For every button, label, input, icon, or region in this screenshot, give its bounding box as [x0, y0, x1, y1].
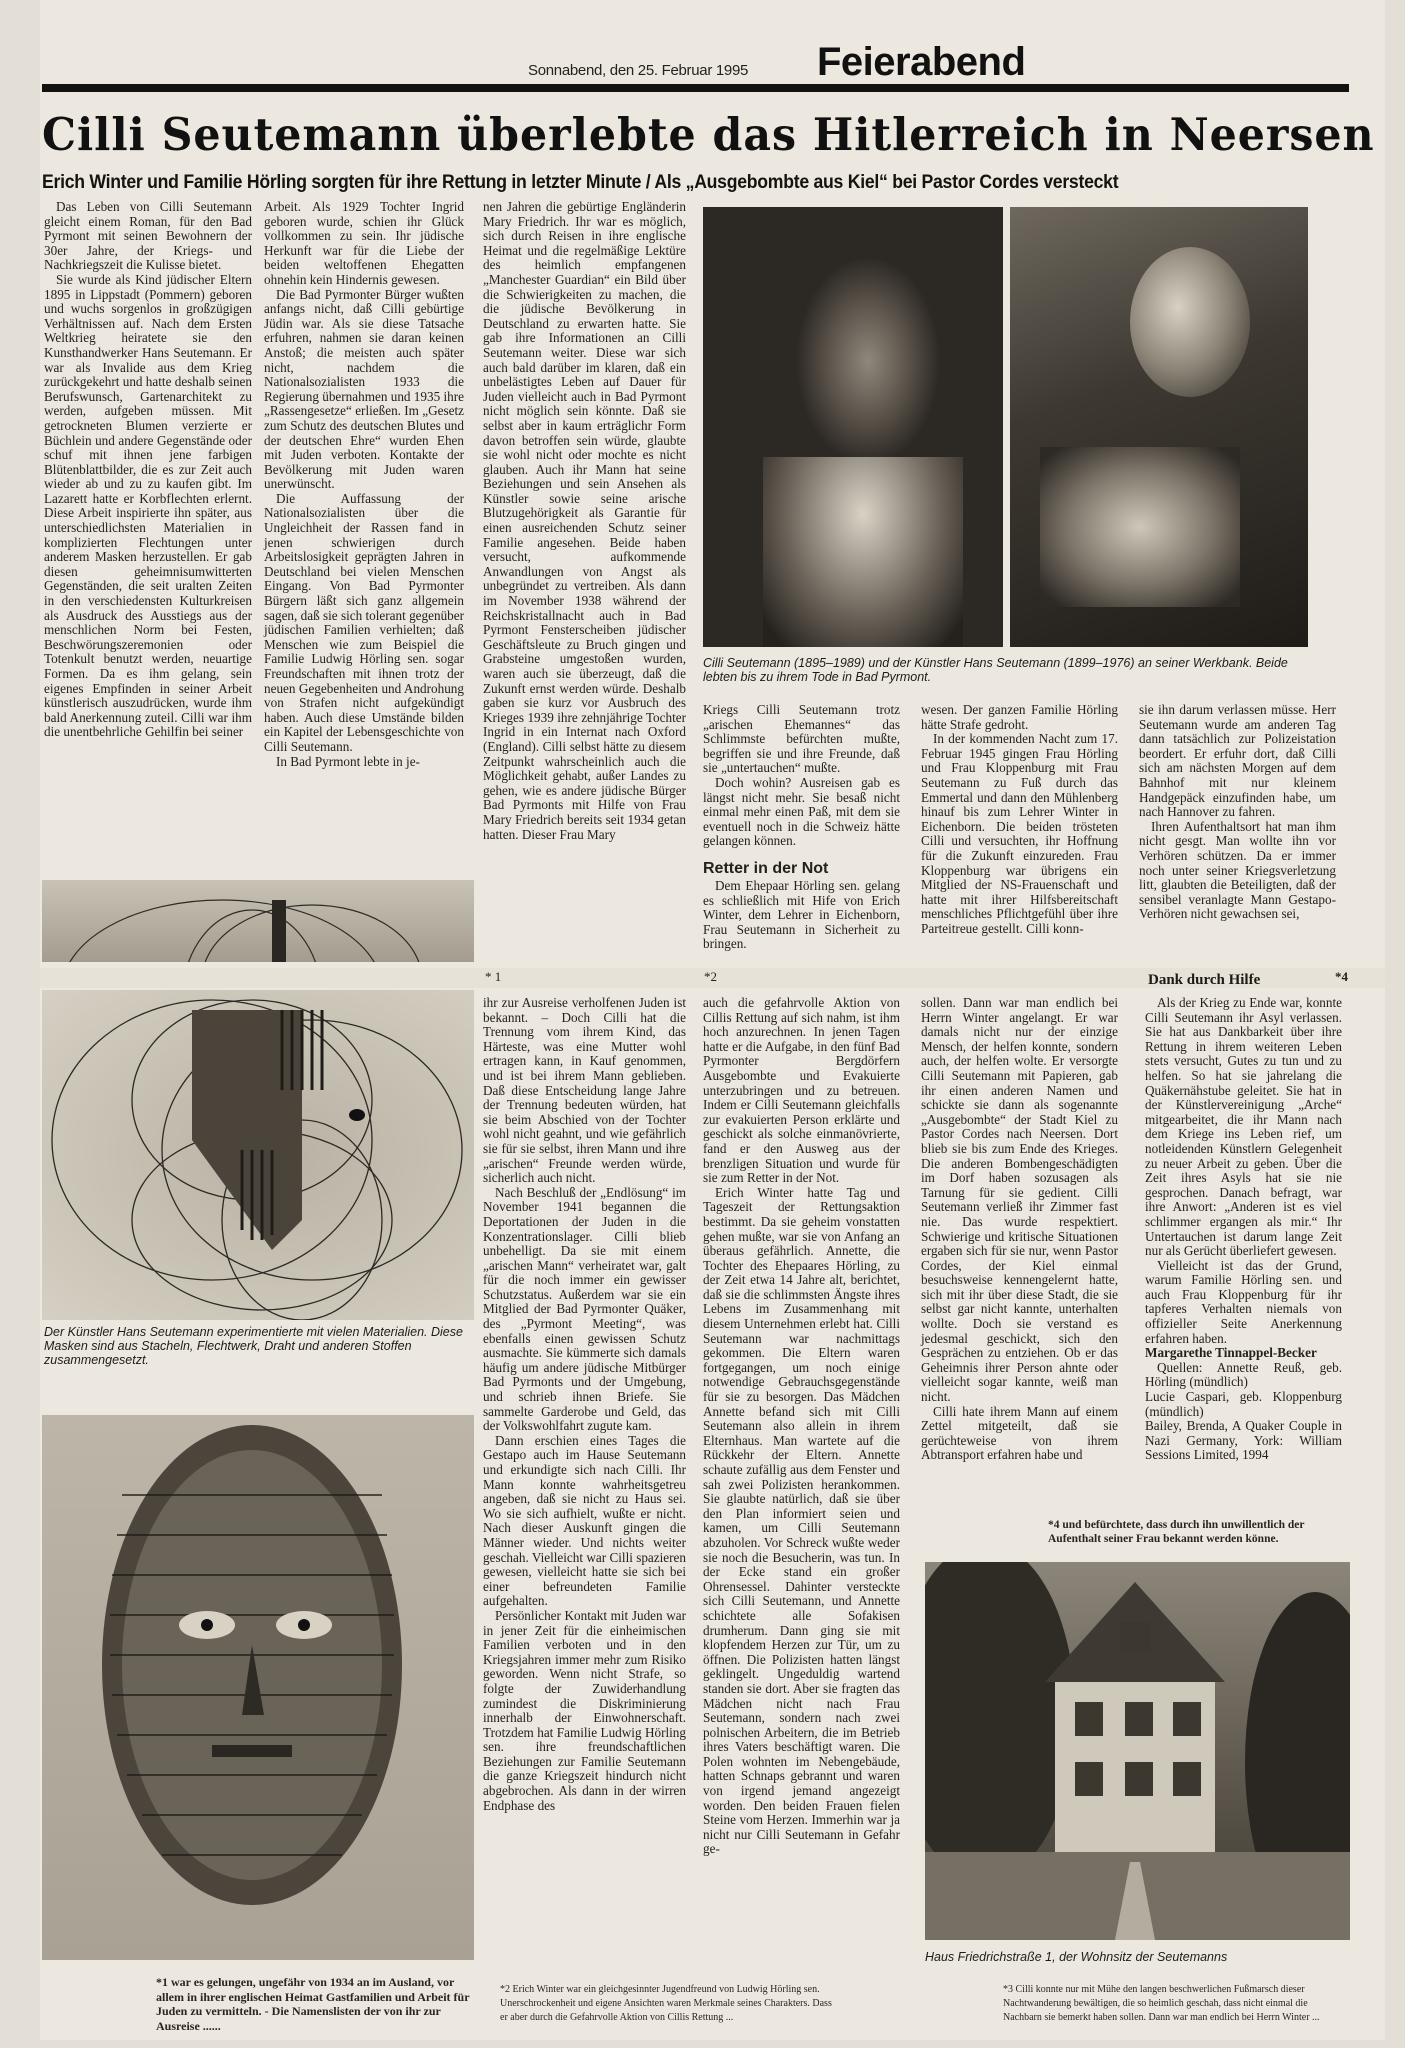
paragraph: auch die gefahrvolle Aktion von Cillis R…: [703, 996, 900, 1186]
column-4-lower: auch die gefahrvolle Aktion von Cillis R…: [703, 996, 900, 1857]
column-6-lower: Als der Krieg zu Ende war, konnte Cilli …: [1145, 996, 1342, 1463]
photo-house-friedrichstrasse: [925, 1562, 1350, 1940]
paragraph: nen Jahren die gebürtige Engländerin Mar…: [483, 200, 686, 842]
paragraph: Ihren Aufenthaltsort hat man ihm nicht g…: [1139, 820, 1336, 922]
paragraph: Erich Winter hatte Tag und Tageszeit der…: [703, 1186, 900, 1857]
footnote-marker-4: *4: [1335, 969, 1348, 985]
photo-cilli-portrait: [703, 207, 1003, 647]
column-1: Das Leben von Cilli Seutemann gleicht ei…: [44, 200, 252, 740]
paragraph: Vielleicht ist das der Grund, warum Fami…: [1145, 1259, 1342, 1347]
paragraph: Das Leben von Cilli Seutemann gleicht ei…: [44, 200, 252, 273]
paragraph: Dann erschien eines Tages die Gestapo au…: [483, 1434, 686, 1609]
paragraph: Doch wohin? Ausreisen gab es längst nich…: [703, 776, 900, 849]
paragraph: In der kommenden Nacht zum 17. Februar 1…: [921, 732, 1118, 936]
paragraph: Cilli hate ihrem Mann auf einem Zettel m…: [921, 1405, 1118, 1463]
paragraph: Persönlicher Kontakt mit Juden war in je…: [483, 1609, 686, 1813]
paragraph: Dem Ehepaar Hörling sen. gelang es schli…: [703, 879, 900, 952]
footnote-1: *1 war es gelungen, ungefähr von 1934 an…: [156, 1975, 476, 2033]
article-subheadline: Erich Winter und Familie Hörling sorgten…: [42, 171, 1237, 194]
photo-hans-at-workbench: [1010, 207, 1308, 647]
paragraph: In Bad Pyrmont lebte in je-: [264, 755, 464, 770]
article-headline: Cilli Seutemann überlebte das Hitlerreic…: [42, 108, 1277, 161]
subtitle-retter-in-der-not: Retter in der Not: [703, 859, 900, 879]
masthead-rule: [42, 84, 1349, 92]
issue-date: Sonnabend, den 25. Februar 1995: [528, 62, 748, 79]
section-title: Feierabend: [817, 40, 1025, 85]
paragraph: Kriegs Cilli Seutemann trotz „arischen E…: [703, 703, 900, 776]
masks-caption: Der Künstler Hans Seutemann experimentie…: [44, 1325, 474, 1367]
sources-line: Lucie Caspari, geb. Kloppenburg (mündlic…: [1145, 1390, 1342, 1419]
column-3-lower: ihr zur Ausreise verholfenen Juden ist b…: [483, 996, 686, 1813]
column-4-upper: Kriegs Cilli Seutemann trotz „arischen E…: [703, 703, 900, 952]
paragraph: wesen. Der ganzen Familie Hörling hätte …: [921, 703, 1118, 732]
footnote-marker-1: * 1: [485, 969, 501, 985]
paragraph: Die Auffassung der Nationalsozialisten ü…: [264, 492, 464, 755]
photo-mask-woven-face: [42, 1415, 474, 1960]
paragraph: Nach Beschluß der „Endlösung“ im Novembe…: [483, 1186, 686, 1434]
photo-mask-wire-top: [42, 880, 474, 962]
photo-mask-wire: [42, 990, 474, 1320]
footnote-3: *3 Cilli konnte nur mit Mühe den langen …: [1003, 1983, 1343, 2025]
paragraph: ihr zur Ausreise verholfenen Juden ist b…: [483, 996, 686, 1186]
paragraph: Die Bad Pyrmonter Bürger wußten anfangs …: [264, 288, 464, 492]
column-5-upper: wesen. Der ganzen Familie Hörling hätte …: [921, 703, 1118, 937]
sources-line: Quellen: Annette Reuß, geb. Hörling (mün…: [1145, 1361, 1342, 1390]
paragraph: Sie wurde als Kind jüdischer Eltern 1895…: [44, 273, 252, 740]
author-byline: Margarethe Tinnappel-Becker: [1145, 1346, 1342, 1361]
paragraph: sie ihn darum verlassen müsse. Herr Seut…: [1139, 703, 1336, 820]
footnote-marker-2: *2: [704, 969, 717, 985]
paragraph: Als der Krieg zu Ende war, konnte Cilli …: [1145, 996, 1342, 1259]
column-6-upper: sie ihn darum verlassen müsse. Herr Seut…: [1139, 703, 1336, 922]
paragraph: Arbeit. Als 1929 Tochter Ingrid geboren …: [264, 200, 464, 288]
column-5-lower: sollen. Dann war man endlich bei Herrn W…: [921, 996, 1118, 1463]
sources-line: Bailey, Brenda, A Quaker Couple in Nazi …: [1145, 1419, 1342, 1463]
house-caption: Haus Friedrichstraße 1, der Wohnsitz der…: [925, 1950, 1345, 1964]
subtitle-dank-durch-hilfe: Dank durch Hilfe: [1148, 972, 1260, 989]
footnote-4: *4 und befürchtete, dass durch ihn unwil…: [1048, 1518, 1333, 1546]
column-2: Arbeit. Als 1929 Tochter Ingrid geboren …: [264, 200, 464, 769]
footnote-2: *2 Erich Winter war ein gleichgesinnter …: [500, 1983, 840, 2025]
portraits-caption: Cilli Seutemann (1895–1989) und der Küns…: [703, 656, 1313, 684]
paragraph: sollen. Dann war man endlich bei Herrn W…: [921, 996, 1118, 1405]
column-3: nen Jahren die gebürtige Engländerin Mar…: [483, 200, 686, 842]
